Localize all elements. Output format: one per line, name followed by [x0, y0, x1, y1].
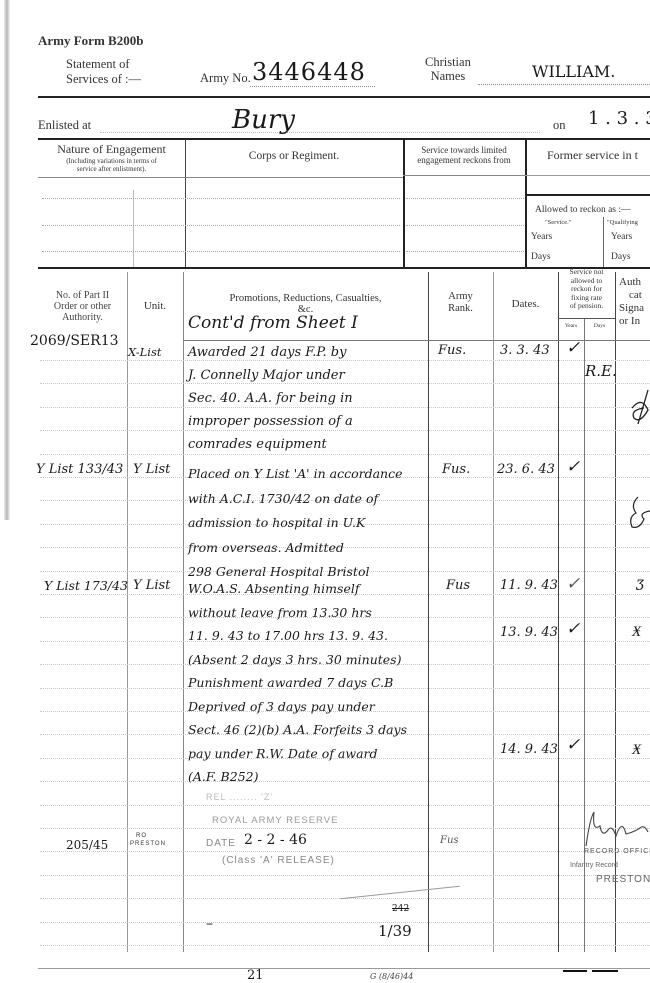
order-header-1: No. of Part II — [38, 290, 127, 301]
entry-3-date-3: 14. 9. 43 — [500, 742, 558, 757]
entry-2-unit: Y List — [133, 462, 170, 477]
entry-3-line-3: 11. 9. 43 to 17.00 hrs 13. 9. 43. — [188, 624, 407, 648]
days-label-2: Days — [611, 252, 631, 262]
authentication-header: Auth cat Signa or In — [619, 276, 644, 328]
entry-1-check: ✓ — [566, 338, 580, 358]
pension-sub-rule — [558, 318, 615, 319]
row-guide-line — [40, 875, 650, 876]
days-label-1: Days — [531, 252, 551, 262]
entry-1-days-note: R.E. — [585, 362, 617, 380]
entry-2-date: 23. 6. 43 — [497, 462, 555, 477]
enlisted-value: Bury — [232, 105, 295, 135]
entry-2-line-1: Placed on Y List 'A' in accordance — [188, 462, 402, 487]
entry-1-line-5: comrades equipment — [188, 433, 353, 456]
auth-header-3: Signa — [619, 302, 644, 315]
record-col-divider-5 — [558, 272, 559, 952]
entry-3-order: Y List 173/43 — [44, 578, 128, 593]
entry-4-rank: Fus — [440, 835, 459, 846]
entry-3-check-2: ✓ — [566, 619, 580, 639]
unit-header: Unit. — [127, 300, 183, 312]
christian-names-value: WILLIAM. — [532, 62, 615, 81]
limited-title-1: Service towards limited — [403, 145, 525, 155]
order-authority-header: No. of Part II Order or other Authority. — [38, 290, 127, 323]
auth-header-1: Auth — [619, 276, 644, 289]
binding-edge — [4, 0, 10, 520]
order-header-2: Order or other — [38, 301, 127, 312]
entry-3-initials-3: Ӿ — [632, 740, 641, 759]
nature-subtitle-2: service after enlistment). — [38, 165, 185, 173]
qualifying-label: "Qualifying — [607, 219, 638, 226]
auth-header-4: or In — [619, 315, 644, 328]
army-rank-header: Army Rank. — [428, 291, 493, 315]
entry-3-line-7: Sect. 46 (2)(b) A.A. Forfeits 3 days — [188, 718, 407, 742]
christian-names-underline — [478, 84, 650, 85]
army-no-label: Army No. — [200, 71, 251, 86]
page-ref-top: 242 — [392, 904, 409, 914]
entry-1-line-4: improper possession of a — [188, 410, 353, 433]
limited-dotline-2 — [406, 225, 524, 226]
enlisted-date-value: 1 . 3 . 3 — [588, 108, 650, 129]
entry-1-order: 2069/SER13 — [30, 333, 119, 349]
entry-3-unit: Y List — [133, 578, 170, 593]
allowed-section-top — [525, 194, 650, 196]
pension-header-5: of pension. — [558, 302, 615, 311]
record-col-divider-4 — [493, 272, 494, 952]
entry-2-order: Y List 133/43 — [36, 462, 123, 477]
engagement-dotline-2 — [42, 225, 400, 226]
former-header-rule — [525, 175, 650, 176]
nature-title: Nature of Engagement — [38, 142, 185, 157]
entry-3-initials-2: Ӿ — [632, 622, 641, 641]
entry-2-line-3: admission to hospital in U.K — [188, 511, 402, 536]
entry-3-date-1: 11. 9. 43 — [500, 578, 558, 593]
row-guide-line — [40, 828, 650, 829]
entry-2-signature-icon — [626, 495, 650, 531]
enlisted-underline — [100, 132, 540, 133]
record-col-divider-2 — [183, 272, 184, 952]
release-stamp-date-value: 2 - 2 - 46 — [244, 832, 307, 848]
army-no-value: 3446448 — [252, 58, 366, 86]
allowed-inner-divider — [603, 217, 604, 267]
rank-header-1: Army — [428, 291, 493, 303]
release-stamp-class: (Class 'A' RELEASE) — [222, 855, 335, 866]
pension-header: Service not allowed to reckon for fixing… — [558, 268, 615, 311]
entry-3-date-2: 13. 9. 43 — [500, 625, 558, 640]
years-label-2: Years — [611, 232, 632, 242]
promotions-header: Promotions, Reductions, Casualties, &c. — [183, 293, 428, 315]
entry-4-unit-1: RO — [130, 832, 166, 840]
enlisted-on-label: on — [553, 118, 566, 133]
entry-4-unit-2: PRESTON — [130, 840, 166, 848]
entry-1-line-3: Sec. 40. A.A. for being in — [188, 387, 353, 410]
entry-2-rank: Fus. — [442, 462, 470, 477]
entry-1-line-2: J. Connelly Major under — [188, 364, 353, 387]
entry-3-line-5: Punishment awarded 7 days C.B — [188, 671, 407, 695]
christian-names-label: Christian Names — [425, 55, 471, 83]
entry-3-line-2: without leave from 13.30 hrs — [188, 601, 407, 625]
row-guide-line — [40, 945, 650, 946]
entry-2-check: ✓ — [566, 457, 580, 477]
enlisted-label: Enlisted at — [38, 118, 91, 133]
bottom-mark-2 — [592, 970, 618, 972]
entry-3-line-9: (A.F. B252) — [188, 765, 407, 789]
row-guide-line — [40, 851, 650, 852]
pension-days-header: Days — [584, 323, 615, 329]
entry-3-check-1: ✓ — [566, 574, 580, 594]
engagement-table-top — [38, 138, 650, 140]
page-ref: 1/39 — [378, 922, 412, 940]
engagement-header-rule — [38, 177, 403, 178]
entry-4-order: 205/45 — [66, 838, 108, 852]
entry-2-line-2: with A.C.I. 1730/42 on date of — [188, 487, 402, 512]
entry-3-rank: Fus — [446, 578, 470, 593]
record-office-signature-icon — [578, 808, 650, 848]
record-col-divider-1 — [127, 272, 128, 952]
entry-1-rank: Fus. — [438, 343, 466, 358]
engagement-dotline-1 — [42, 198, 400, 199]
bottom-mark-1 — [563, 970, 587, 972]
continuation-note: Cont'd from Sheet I — [188, 313, 358, 333]
release-stamp-date-label: DATE — [206, 838, 236, 849]
form-title: Army Form B200b — [38, 33, 143, 49]
corps-regiment-header: Corps or Regiment. — [185, 150, 403, 162]
former-service-header: Former service in t — [547, 148, 638, 163]
rank-header-2: Rank. — [428, 303, 493, 315]
entry-3-line-4: (Absent 2 days 3 hrs. 30 minutes) — [188, 648, 407, 672]
entry-1-text: Awarded 21 days F.P. by J. Connelly Majo… — [188, 341, 353, 456]
limited-engagement-header: Service towards limited engagement recko… — [403, 145, 525, 165]
limited-header-rule — [403, 175, 525, 176]
entry-1-unit: X-List — [128, 345, 162, 359]
allowed-to-reckon-label: Allowed to reckon as :— — [535, 205, 631, 215]
entry-4-unit: RO PRESTON — [130, 832, 166, 848]
army-no-underline — [250, 86, 375, 87]
dates-header: Dates. — [493, 298, 558, 310]
release-stamp-line-2: ROYAL ARMY RESERVE — [212, 815, 338, 826]
limited-dotline-1 — [406, 198, 524, 199]
entry-3-line-1: W.O.A.S. Absenting himself — [188, 577, 407, 601]
christian-label-line2: Names — [425, 69, 471, 83]
footer-code: G (8/46)44 — [370, 972, 413, 981]
limited-dotline-3 — [406, 251, 524, 252]
order-header-3: Authority. — [38, 312, 127, 323]
footer-number: 21 — [247, 968, 264, 983]
auth-header-2: cat — [619, 289, 644, 302]
entry-2-text: Placed on Y List 'A' in accordance with … — [188, 462, 402, 585]
entry-3-line-8: pay under R.W. Date of award — [188, 742, 407, 766]
record-col-divider-3 — [428, 272, 429, 952]
entry-1-signature-icon — [630, 388, 650, 428]
table-bottom-rule — [38, 968, 650, 969]
entry-1-line-1: Awarded 21 days F.P. by — [188, 341, 353, 364]
dash-mark: – — [206, 916, 213, 932]
record-col-divider-6 — [584, 318, 585, 952]
entry-3-check-3: ✓ — [566, 735, 580, 755]
engagement-dotline-3 — [42, 251, 400, 252]
statement-label-line1: Statement of — [66, 57, 141, 72]
header-divider — [38, 96, 650, 98]
engagement-col-divider-3 — [525, 139, 527, 267]
entry-3-line-6: Deprived of 3 days pay under — [188, 695, 407, 719]
statement-label-line2: Services of :— — [66, 72, 141, 87]
nature-of-engagement-header: Nature of Engagement (Including variatio… — [38, 142, 185, 173]
record-office-stamp-1: RECORD OFFICE — [584, 848, 650, 855]
pension-years-header: Years — [558, 323, 584, 329]
years-label-1: Years — [531, 232, 552, 242]
christian-label-line1: Christian — [425, 55, 471, 69]
nature-subtitle-1: (Including variations in terms of — [38, 157, 185, 165]
nature-inner-divider — [133, 190, 134, 267]
statement-label: Statement of Services of :— — [66, 57, 141, 87]
release-stamp-line-1: REL ........ 'Z' — [206, 792, 273, 802]
record-office-stamp-3: PRESTON — [596, 874, 650, 885]
record-office-stamp-2: Infantry Record — [570, 862, 618, 869]
entry-3-text: W.O.A.S. Absenting himself without leave… — [188, 577, 407, 789]
service-label: "Service." — [545, 219, 571, 226]
entry-3-initials-1: Ʒ — [636, 578, 644, 594]
limited-title-2: engagement reckons from — [403, 155, 525, 165]
promotions-header-1: Promotions, Reductions, Casualties, — [183, 293, 428, 304]
row-guide-line — [40, 805, 650, 806]
entry-1-date: 3. 3. 43 — [500, 343, 550, 358]
entry-2-line-4: from overseas. Admitted — [188, 536, 402, 561]
row-guide-line — [40, 922, 650, 923]
